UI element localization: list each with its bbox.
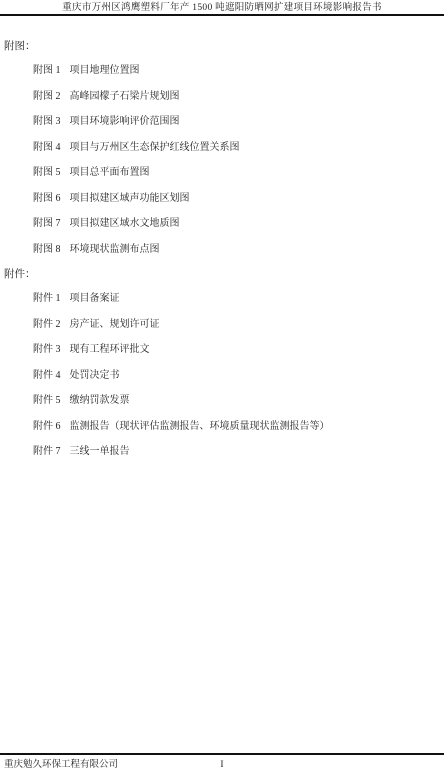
item-number: 附件 2 <box>33 319 61 330</box>
item-number: 附图 6 <box>33 193 61 204</box>
item-number: 附件 7 <box>33 446 61 457</box>
attachment-item: 附件 2 房产证、规划许可证 <box>33 319 440 330</box>
item-number: 附图 3 <box>33 116 61 127</box>
item-title: 缴纳罚款发票 <box>70 395 130 406</box>
figure-item: 附图 5 项目总平面布置图 <box>33 167 440 178</box>
item-title: 现有工程环评批文 <box>70 344 150 355</box>
item-number: 附图 5 <box>33 167 61 178</box>
figure-item: 附图 7 项目拟建区域水文地质图 <box>33 218 440 229</box>
document-body: 附图： 附图 1 项目地理位置图 附图 2 高峰园檬子石梁片规划图 附图 3 项… <box>4 41 440 472</box>
figure-item: 附图 6 项目拟建区域声功能区划图 <box>33 193 440 204</box>
item-number: 附件 3 <box>33 344 61 355</box>
item-number: 附件 4 <box>33 370 61 381</box>
item-title: 房产证、规划许可证 <box>70 319 160 330</box>
item-title: 项目环境影响评价范围图 <box>70 116 180 127</box>
item-title: 项目拟建区域水文地质图 <box>70 218 180 229</box>
item-title: 监测报告（现状评估监测报告、环境质量现状监测报告等） <box>70 421 330 432</box>
document-page: 重庆市万州区鸿鹰塑料厂年产 1500 吨遮阳防晒网扩建项目环境影响报告书 附图：… <box>0 0 444 778</box>
item-number: 附图 8 <box>33 244 61 255</box>
header-rule <box>0 14 444 16</box>
figure-item: 附图 4 项目与万州区生态保护红线位置关系图 <box>33 142 440 153</box>
figure-item: 附图 8 环境现状监测布点图 <box>33 244 440 255</box>
section-label-figures: 附图： <box>4 41 440 52</box>
item-title: 高峰园檬子石梁片规划图 <box>70 91 180 102</box>
item-number: 附图 1 <box>33 65 61 76</box>
item-title: 项目总平面布置图 <box>70 167 150 178</box>
attachment-item: 附件 1 项目备案证 <box>33 293 440 304</box>
figure-item: 附图 3 项目环境影响评价范围图 <box>33 116 440 127</box>
item-title: 环境现状监测布点图 <box>70 244 160 255</box>
attachment-item: 附件 4 处罚决定书 <box>33 370 440 381</box>
item-title: 项目拟建区域声功能区划图 <box>70 193 190 204</box>
item-number: 附件 6 <box>33 421 61 432</box>
figure-item: 附图 1 项目地理位置图 <box>33 65 440 76</box>
item-number: 附图 2 <box>33 91 61 102</box>
item-title: 三线一单报告 <box>70 446 130 457</box>
item-number: 附图 4 <box>33 142 61 153</box>
item-title: 项目备案证 <box>70 293 120 304</box>
attachment-item: 附件 6 监测报告（现状评估监测报告、环境质量现状监测报告等） <box>33 421 440 432</box>
attachment-item: 附件 5 缴纳罚款发票 <box>33 395 440 406</box>
item-title: 项目与万州区生态保护红线位置关系图 <box>70 142 240 153</box>
attachment-item: 附件 3 现有工程环评批文 <box>33 344 440 355</box>
document-title: 重庆市万州区鸿鹰塑料厂年产 1500 吨遮阳防晒网扩建项目环境影响报告书 <box>0 3 444 14</box>
footer-rule <box>0 753 444 755</box>
footer-page-number: I <box>0 760 444 771</box>
item-number: 附件 5 <box>33 395 61 406</box>
figure-item: 附图 2 高峰园檬子石梁片规划图 <box>33 91 440 102</box>
item-number: 附图 7 <box>33 218 61 229</box>
section-label-attachments: 附件： <box>4 269 440 280</box>
item-number: 附件 1 <box>33 293 61 304</box>
attachment-item: 附件 7 三线一单报告 <box>33 446 440 457</box>
item-title: 处罚决定书 <box>70 370 120 381</box>
item-title: 项目地理位置图 <box>70 65 140 76</box>
